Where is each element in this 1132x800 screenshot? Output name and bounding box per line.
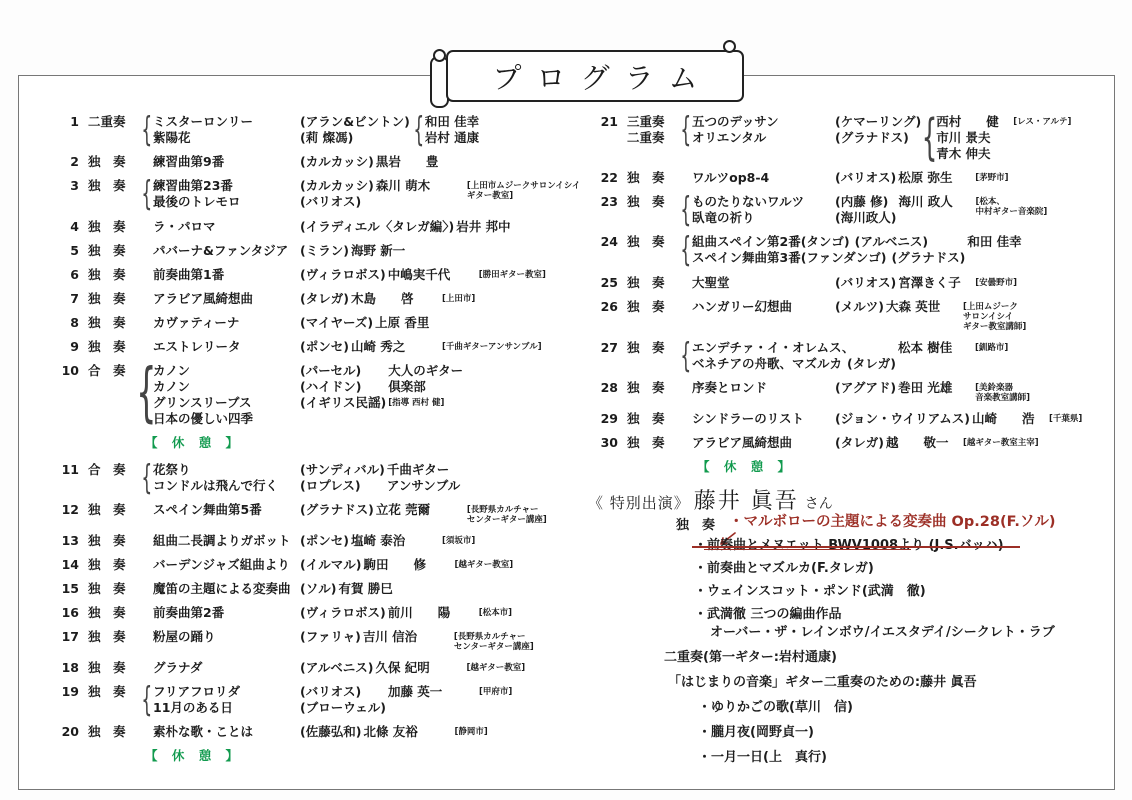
piece-list: ラ・パロマ(イラディエル〈タレガ編〉) [153,219,454,235]
performer-name: 有賀 勝巳 [338,581,424,597]
performer-list: 中嶋実千代[勝田ギター教室] [388,267,546,283]
piece-line: カノン(パーセル) [153,363,386,379]
performer-name: 青木 伸夫 [936,146,1008,162]
banner-pin-left-icon [433,49,446,62]
performer-list: 上原 香里 [375,315,461,331]
item-number: 25 [597,275,618,291]
performer-note: [静岡市] [454,724,487,740]
performer-note: [茅野市] [975,170,1008,186]
item-number: 29 [597,411,618,427]
performer: 立花 莞爾[長野県カルチャー センターギター講座] [376,502,547,525]
piece-list: 練習曲第23番(カルカッシ)最後のトレモロ(バリオス) [153,178,374,210]
ensemble-type: 独 奏 [88,629,140,645]
program-item: 4独 奏ラ・パロマ(イラディエル〈タレガ編〉)岩井 邦中 [58,219,593,235]
performer-name: 西村 健 [936,114,1008,130]
piece-title: 粉屋の踊り [153,629,300,645]
performer-name: 宮澤きく子 [898,275,970,291]
piece-line: シンドラーのリスト(ジョン・ウイリアムス) [692,411,970,427]
performer-group: 越 敬一[越ギター教室主宰] [886,435,1039,451]
performer-note: [越ギター教室] [466,660,525,676]
solo-piece-sub: オーバー・ザ・レインボウ/イエスタデイ/シークレト・ラブ [710,625,1128,641]
item-number: 30 [597,435,618,451]
performer: 上原 香里 [375,315,461,331]
solo-row: 独 奏 ・マルボローの主題による変奏曲 Op.28(F.ソル) [588,518,1128,534]
performer-note: [勝田ギター教室] [479,267,546,283]
composer: (グラナドス) [300,502,374,518]
duo-piece: ・一月一日(上 真行) [698,750,1128,766]
piece-title: アラビア風綺想曲 [153,291,300,307]
banner-pin-right-icon [723,40,736,53]
performer: 北條 友裕[静岡市] [363,724,487,740]
performer-list: 越 敬一[越ギター教室主宰] [886,435,1039,451]
composer: (莉 燦馮) [300,130,353,146]
performer: 山崎 秀之[千曲ギターアンサンブル] [351,339,542,355]
brace-icon: { [680,114,691,146]
piece-title: コンドルは飛んで行く [153,478,300,494]
piece-line: バーデンジャズ組曲より(イルマル) [153,557,361,573]
performer-list: 松原 弥生[茅野市] [898,170,1008,186]
piece-title: エンデチァ・イ・オレムス、 [692,340,859,356]
performer: 駒田 修[越ギター教室] [363,557,513,573]
performer: 大人のギター 倶楽部[指導 西村 健] [388,363,474,408]
performer: 和田 佳幸 [967,234,1039,250]
ensemble-type: 二重奏 [88,114,140,130]
performer-name: 立花 莞爾 [376,502,462,525]
special-guest-label: 《 特別出演》 [588,495,690,511]
ensemble-type: 独 奏 [627,170,679,186]
piece-title: 組曲スペイン第2番(タンゴ) [692,234,855,250]
performer-list: 森川 萌木[上田市ムジークサロンイシイ ギター教室] [376,178,581,201]
ensemble-type: 独 奏 [88,219,140,235]
composer: (ケマーリング) [835,114,921,130]
performer: 宮澤きく子[安曇野市] [898,275,1017,291]
ensemble-type: 独 奏 [627,275,679,291]
performer-name: 加藤 英一 [388,684,474,700]
performer-group: 松原 弥生[茅野市] [898,170,1008,186]
piece-line: 前奏曲第1番(ヴィラロボス) [153,267,386,283]
program-item: 11合 奏{花祭り(サンディバル)コンドルは飛んで行く(ロプレス)千曲ギター ア… [58,462,593,494]
piece-list: 練習曲第9番(カルカッシ) [153,154,374,170]
group-brace: { [679,114,692,146]
performer-list: 久保 紀明[越ギター教室] [375,660,525,676]
piece-title: フリアフロリダ [153,684,300,700]
special-guest-header: 《 特別出演》 藤井 眞吾 さん [588,494,1128,512]
performer-group: 木島 啓[上田市] [351,291,475,307]
performer-note: [釧路市] [975,340,1008,356]
performer-group: 上原 香里 [375,315,461,331]
performer: 山崎 浩[千葉県] [972,411,1082,427]
performer-note: [越ギター教室主宰] [963,435,1039,451]
piece-title: カヴァティーナ [153,315,300,331]
composer: (パーセル) [300,363,361,379]
performer-list: 和田 佳幸 [967,234,1039,250]
program-item: 7独 奏アラビア風綺想曲(タレガ)木島 啓[上田市] [58,291,593,307]
performer-list: 有賀 勝巳 [338,581,424,597]
performer-list: 海野 新一 [351,243,437,259]
item-number: 26 [597,299,618,315]
performer: 松原 弥生[茅野市] [898,170,1008,186]
performer: 塩崎 泰治[須坂市] [351,533,475,549]
piece-title: 大聖堂 [692,275,835,291]
item-number: 15 [58,581,79,597]
composer: (バリオス) [300,684,361,700]
item-number: 6 [58,267,79,283]
cancelled-piece-line: ・前奏曲とメヌエット BWV1008より (J.S.バッハ) [694,538,1128,554]
ensemble-type: 独 奏 [88,502,140,518]
program-item: 8独 奏カヴァティーナ(マイヤーズ)上原 香里 [58,315,593,331]
piece-line: 素朴な歌・ことは(佐藤弘和) [153,724,361,740]
piece-title: ベネチアの舟歌、マズルカ [692,356,847,372]
piece-line: パバーナ&ファンタジア(ミラン) [153,243,349,259]
performer: 巻田 光雄[美鈴楽器 音楽教室講師] [898,380,1030,403]
piece-list: 前奏曲第2番(ヴィラロボス) [153,605,386,621]
performer-note: [長野県カルチャー センターギター講座] [467,502,547,525]
piece-title: ものたりないワルツ [692,194,835,210]
piece-line: スペイン舞曲第3番(ファンダンゴ)(グラナドス) [692,250,965,266]
performer-group: 前川 陽[松本市] [388,605,512,621]
performer-note: [指導 西村 健] [388,395,474,408]
performer: 久保 紀明[越ギター教室] [375,660,525,676]
item-number: 21 [597,114,618,130]
item-number: 17 [58,629,79,645]
piece-list: エンデチァ・イ・オレムス、ベネチアの舟歌、マズルカ(タレガ) [692,340,896,372]
performer-list: 北條 友裕[静岡市] [363,724,487,740]
program-item: 29独 奏シンドラーのリスト(ジョン・ウイリアムス)山崎 浩[千葉県] [597,411,1127,427]
performer: 中嶋実千代[勝田ギター教室] [388,267,546,283]
strikethrough-item: ・前奏曲とメヌエット BWV1008より (J.S.バッハ) [694,538,1004,554]
performer-group: 加藤 英一[甲府市] [388,684,512,700]
performer-name: 北條 友裕 [363,724,449,740]
piece-title: 練習曲第23番 [153,178,300,194]
ensemble-type: 独 奏 [88,660,140,676]
performer-group: 駒田 修[越ギター教室] [363,557,513,573]
piece-line: 五つのデッサン(ケマーリング) [692,114,921,130]
program-item: 18独 奏グラナダ(アルベニス)久保 紀明[越ギター教室] [58,660,593,676]
ensemble-type: 独 奏 [627,435,679,451]
piece-line: オリエンタル(グラナドス) [692,130,921,146]
ensemble-type: 独 奏 [88,267,140,283]
program-item: 14独 奏バーデンジャズ組曲より(イルマル)駒田 修[越ギター教室] [58,557,593,573]
ensemble-type: 合 奏 [88,363,140,379]
piece-list: 序奏とロンド(アグアド) [692,380,896,396]
performer-list: 巻田 光雄[美鈴楽器 音楽教室講師] [898,380,1030,403]
performer-name: 木島 啓 [351,291,437,307]
group-brace: { [923,114,936,162]
piece-list: カノン(パーセル)カノン(ハイドン)グリンスリーブス(イギリス民謡)日本の優しい… [153,363,386,427]
performer-note: [松本、 中村ギター音楽院] [975,194,1047,217]
composer: (アグアド) [835,380,896,396]
group-brace: { [140,178,153,210]
piece-line: アラビア風綺想曲(タレガ) [692,435,884,451]
performer: 海川 政人[松本、 中村ギター音楽院] [898,194,1047,217]
piece-line: 序奏とロンド(アグアド) [692,380,896,396]
piece-list: ものたりないワルツ(内藤 修)臥竜の祈り(海川政人) [692,194,896,226]
brace-icon: { [922,115,938,162]
performer: 越 敬一[越ギター教室主宰] [886,435,1039,451]
special-guest-section: 《 特別出演》 藤井 眞吾 さん 独 奏 ・マルボローの主題による変奏曲 Op.… [588,494,1128,766]
performer-list: 千曲ギター アンサンブル [387,462,473,494]
ensemble-type: 独 奏 [627,411,679,427]
brace-icon: { [413,114,424,146]
item-number: 16 [58,605,79,621]
piece-line: 練習曲第23番(カルカッシ) [153,178,374,194]
composer: (カルカッシ) [300,154,374,170]
solo-piece: ・前奏曲とマズルカ(F.タレガ) [694,561,1128,577]
piece-line: コンドルは飛んで行く(ロプレス) [153,478,385,494]
group-brace: { [679,234,692,266]
program-item: 19独 奏{フリアフロリダ(バリオス)11月のある日(ブローウェル)加藤 英一[… [58,684,593,716]
piece-list: バーデンジャズ組曲より(イルマル) [153,557,361,573]
performer-name: 越 敬一 [886,435,958,451]
item-number: 28 [597,380,618,396]
piece-list: ワルツop8-4(バリオス) [692,170,896,186]
performer-group: 大森 英世[上田ムジーク サロンイシイ ギター教室講師] [886,299,1026,332]
item-number: 1 [58,114,79,130]
composer: (アルベニス) [300,660,373,676]
piece-line: 前奏曲第2番(ヴィラロボス) [153,605,386,621]
composer: (ロプレス) [300,478,361,494]
program-item: 9独 奏エストレリータ(ポンセ)山崎 秀之[千曲ギターアンサンブル] [58,339,593,355]
ensemble-type: 独 奏 [627,340,679,356]
ensemble-type: 独 奏 [88,315,140,331]
item-number: 10 [58,363,79,379]
piece-line: ものたりないワルツ(内藤 修) [692,194,896,210]
program-item: 24独 奏{組曲スペイン第2番(タンゴ)(アルベニス)スペイン舞曲第3番(ファン… [597,234,1127,266]
piece-list: 前奏曲第1番(ヴィラロボス) [153,267,386,283]
program-item: 20独 奏素朴な歌・ことは(佐藤弘和)北條 友裕[静岡市] [58,724,593,740]
performer-list: 海川 政人[松本、 中村ギター音楽院] [898,194,1047,217]
performer-name: 中嶋実千代 [388,267,474,283]
piece-list: 花祭り(サンディバル)コンドルは飛んで行く(ロプレス) [153,462,385,494]
piece-title: カノン [153,363,300,379]
piece-line: 組曲二長調よりガボット(ポンセ) [153,533,349,549]
performer-note: [長野県カルチャー センターギター講座] [454,629,534,652]
performer: 大森 英世[上田ムジーク サロンイシイ ギター教室講師] [886,299,1026,332]
solo-piece: ・武満徹 三つの編曲作品 [694,607,1128,623]
piece-line: グラナダ(アルベニス) [153,660,373,676]
performer-group: 塩崎 泰治[須坂市] [351,533,475,549]
performer-note: [千曲ギターアンサンブル] [442,339,542,355]
performer-note: [越ギター教室] [454,557,513,573]
item-number: 24 [597,234,618,250]
performer-list: 前川 陽[松本市] [388,605,512,621]
right-column: 21三重奏 二重奏{五つのデッサン(ケマーリング)オリエンタル(グラナドス){西… [597,114,1127,486]
item-number: 5 [58,243,79,259]
performer-group: {西村 健[レス・アルテ]市川 景夫青木 伸夫 [923,114,1071,162]
performer-list: 岩井 邦中 [456,219,542,235]
composer: (ファリャ) [300,629,361,645]
ensemble-type: 独 奏 [88,581,140,597]
piece-title: アラビア風綺想曲 [692,435,835,451]
performer-name: 大森 英世 [886,299,958,332]
group-brace: { [140,684,153,716]
left-column: 1二重奏{ミスターロンリー(アラン&ビントン)紫陽花(莉 燦馮){和田 佳幸岩村… [58,114,593,775]
piece-line: ミスターロンリー(アラン&ビントン) [153,114,410,130]
piece-list: 素朴な歌・ことは(佐藤弘和) [153,724,361,740]
composer: (海川政人) [835,210,896,226]
duo-piece: ・朧月夜(岡野貞一) [698,725,1128,741]
performer-name: 巻田 光雄 [898,380,970,403]
ensemble-type: 独 奏 [88,684,140,700]
composer: (タレガ) [847,356,896,372]
piece-title: 花祭り [153,462,300,478]
performer: 岩井 邦中 [456,219,542,235]
piece-title: グラナダ [153,660,300,676]
item-number: 4 [58,219,79,235]
performer: 松本 樹佳[釧路市] [898,340,1008,356]
performer: 西村 健[レス・アルテ] [936,114,1071,130]
composer: (ポンセ) [300,533,349,549]
program-item: 26独 奏ハンガリー幻想曲(メルツ)大森 英世[上田ムジーク サロンイシイ ギタ… [597,299,1127,332]
piece-line: ラ・パロマ(イラディエル〈タレガ編〉) [153,219,454,235]
piece-line: 魔笛の主題による変奏曲(ソル) [153,581,336,597]
piece-line: 花祭り(サンディバル) [153,462,385,478]
solo-label: 独 奏 [676,518,715,534]
performer: 前川 陽[松本市] [388,605,512,621]
piece-list: ハンガリー幻想曲(メルツ) [692,299,884,315]
piece-list: 粉屋の踊り(ファリャ) [153,629,361,645]
performer-name: 久保 紀明 [375,660,461,676]
piece-list: アラビア風綺想曲(タレガ) [692,435,884,451]
piece-title: ラ・パロマ [153,219,300,235]
performer-name: 吉川 信治 [363,629,449,652]
program-item: 10合 奏{カノン(パーセル)カノン(ハイドン)グリンスリーブス(イギリス民謡)… [58,363,593,427]
performer-group: 海野 新一 [351,243,437,259]
performer-name: 塩崎 泰治 [351,533,437,549]
ensemble-type: 独 奏 [627,234,679,250]
item-number: 2 [58,154,79,170]
performer-name: 上原 香里 [375,315,461,331]
intermission-label: 【 休 憩 】 [145,435,593,451]
brace-icon: { [141,462,152,494]
composer: (イラディエル〈タレガ編〉) [300,219,454,235]
piece-title: 五つのデッサン [692,114,835,130]
performer-group: 和田 佳幸 [967,234,1039,250]
performer-list: 立花 莞爾[長野県カルチャー センターギター講座] [376,502,547,525]
group-brace: { [140,462,153,494]
performer-note: [須坂市] [442,533,475,549]
banner-body: プログラム [446,50,744,102]
performer-list: 塩崎 泰治[須坂市] [351,533,475,549]
performer-name: 黒岩 豊 [376,154,462,170]
program-item: 3独 奏{練習曲第23番(カルカッシ)最後のトレモロ(バリオス)森川 萌木[上田… [58,178,593,210]
piece-line: 練習曲第9番(カルカッシ) [153,154,374,170]
piece-title: 11月のある日 [153,700,300,716]
ensemble-type: 合 奏 [88,462,140,478]
performer-note: [安曇野市] [975,275,1017,291]
performer-name: 岩井 邦中 [456,219,542,235]
group-brace: { [412,114,425,146]
ensemble-type: 三重奏 二重奏 [627,114,679,146]
composer: (グラナドス) [892,250,966,266]
piece-line: カヴァティーナ(マイヤーズ) [153,315,373,331]
item-number: 9 [58,339,79,355]
guest-name: 藤井 眞吾 [694,494,799,510]
performer-group: 有賀 勝巳 [338,581,424,597]
composer: (ブローウェル) [300,700,386,716]
program-item: 22独 奏ワルツop8-4(バリオス)松原 弥生[茅野市] [597,170,1127,186]
performer-group: 山崎 浩[千葉県] [972,411,1082,427]
performer-list: 黒岩 豊 [376,154,462,170]
piece-line: 紫陽花(莉 燦馮) [153,130,410,146]
item-number: 7 [58,291,79,307]
performer-name: 森川 萌木 [376,178,462,201]
composer: (メルツ) [835,299,884,315]
piece-line: 最後のトレモロ(バリオス) [153,194,374,210]
performer-group: 森川 萌木[上田市ムジークサロンイシイ ギター教室] [376,178,581,201]
brace-icon: { [141,178,152,210]
performer-list: 西村 健[レス・アルテ]市川 景夫青木 伸夫 [936,114,1071,162]
item-number: 23 [597,194,618,210]
performer: 和田 佳幸 [425,114,511,130]
piece-line: ベネチアの舟歌、マズルカ(タレガ) [692,356,896,372]
composer: (タレガ) [835,435,884,451]
composer: (ハイドン) [300,379,361,395]
duo-label: 二重奏(第一ギター:岩村通康) [664,650,1128,666]
composer: (アルベニス) [855,234,928,250]
performer-name: 海野 新一 [351,243,437,259]
performer: 岩村 通康 [425,130,511,146]
composer: (ヴィラロボス) [300,605,386,621]
piece-list: スペイン舞曲第5番(グラナドス) [153,502,374,518]
performer: 有賀 勝巳 [338,581,424,597]
piece-title: 紫陽花 [153,130,300,146]
performer-group: 久保 紀明[越ギター教室] [375,660,525,676]
item-number: 18 [58,660,79,676]
piece-title: スペイン舞曲第3番(ファンダンゴ) [692,250,892,266]
composer: (ポンセ) [300,339,349,355]
piece-line: 11月のある日(ブローウェル) [153,700,386,716]
performer-group: 大人のギター 倶楽部[指導 西村 健] [388,363,474,408]
piece-title: 序奏とロンド [692,380,835,396]
piece-list: アラビア風綺想曲(タレガ) [153,291,349,307]
performer: 加藤 英一[甲府市] [388,684,512,700]
piece-title: 練習曲第9番 [153,154,300,170]
performer-list: 山崎 浩[千葉県] [972,411,1082,427]
piece-line: フリアフロリダ(バリオス) [153,684,386,700]
performer-note: [松本市] [479,605,512,621]
performer-name: 市川 景夫 [936,130,1008,146]
piece-list: エストレリータ(ポンセ) [153,339,349,355]
piece-line: 大聖堂(バリオス) [692,275,896,291]
piece-line: 日本の優しい四季 [153,411,386,427]
performer-group: 黒岩 豊 [376,154,462,170]
ensemble-type: 独 奏 [88,724,140,740]
piece-line: スペイン舞曲第5番(グラナドス) [153,502,374,518]
item-number: 13 [58,533,79,549]
ensemble-type: 独 奏 [627,299,679,315]
item-number: 11 [58,462,79,478]
piece-title: バーデンジャズ組曲より [153,557,300,573]
composer: (アラン&ビントン) [300,114,410,130]
performer-group: 海川 政人[松本、 中村ギター音楽院] [898,194,1047,217]
program-item: 25独 奏大聖堂(バリオス)宮澤きく子[安曇野市] [597,275,1127,291]
performer: 千曲ギター アンサンブル [387,462,473,494]
composer: (ヴィラロボス) [300,267,386,283]
brace-icon: { [680,340,691,372]
piece-list: ミスターロンリー(アラン&ビントン)紫陽花(莉 燦馮) [153,114,410,146]
piece-list: パバーナ&ファンタジア(ミラン) [153,243,349,259]
performer-name: 駒田 修 [363,557,449,573]
piece-title: 日本の優しい四季 [153,411,300,427]
red-annotation: ・マルボローの主題による変奏曲 Op.28(F.ソル) [729,514,1055,534]
program-item: 5独 奏パバーナ&ファンタジア(ミラン)海野 新一 [58,243,593,259]
composer: (ミラン) [300,243,349,259]
performer-group: 中嶋実千代[勝田ギター教室] [388,267,546,283]
piece-line: 臥竜の祈り(海川政人) [692,210,896,226]
duo-piece-title: 「はじまりの音楽」ギター二重奏のための:藤井 眞吾 [668,675,1128,691]
program-item: 28独 奏序奏とロンド(アグアド)巻田 光雄[美鈴楽器 音楽教室講師] [597,380,1127,403]
